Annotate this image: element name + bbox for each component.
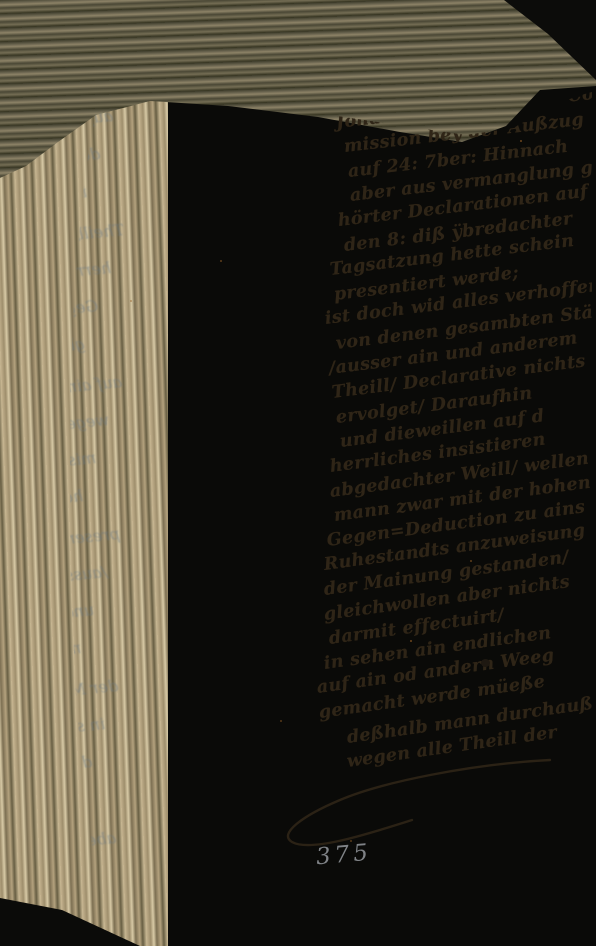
manuscript-photo: damit jellichs der Zollauf 24: 7ber: Hin… xyxy=(0,0,596,946)
ink-blot xyxy=(481,659,490,667)
page-number: 375 xyxy=(315,840,373,871)
flourish-swash-icon xyxy=(232,742,572,852)
